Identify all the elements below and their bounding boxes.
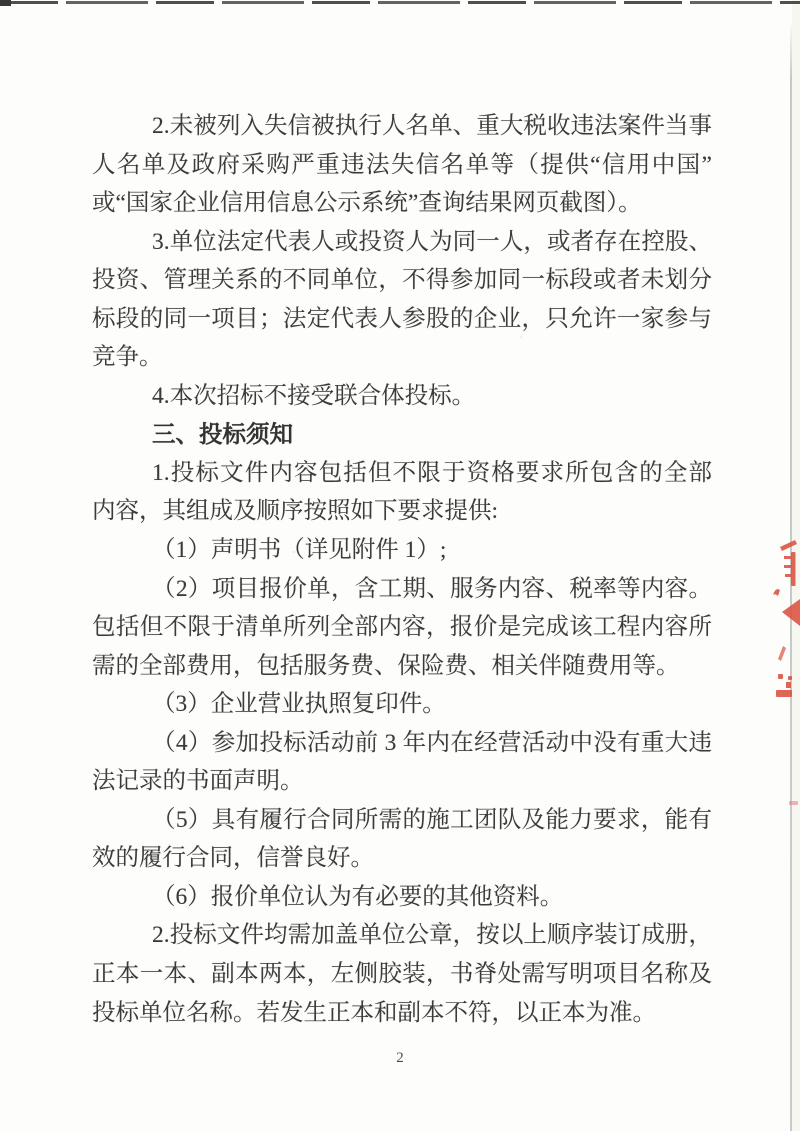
text-line: （2）项目报价单，含工期、服务内容、税率等内容。 [92,570,712,609]
text-line: 4.本次招标不接受联合体投标。 [92,377,712,416]
text-line: 1.投标文件内容包括但不限于资格要求所包含的全部 [92,454,712,493]
red-seal-fragment-icon [760,532,800,712]
text-line: （6）报价单位认为有必要的其他资料。 [92,878,712,917]
text-line: （3）企业营业执照复印件。 [92,685,712,724]
text-line: 3.单位法定代表人或投资人为同一人，或者存在控股、 [92,223,712,262]
text-line: 正本一本、副本两本，左侧胶装，书脊处需写明项目名称及 [92,955,712,994]
red-mark-small [789,801,798,805]
text-line: （5）具有履行合同所需的施工团队及能力要求，能有 [92,801,712,840]
text-line: 投标单位名称。若发生正本和副本不符，以正本为准。 [92,994,712,1033]
text-line: （1）声明书（详见附件 1）; [92,531,712,570]
text-line: 内容，其组成及顺序按照如下要求提供: [92,492,712,531]
text-line: 标段的同一项目；法定代表人参股的企业，只允许一家参与 [92,300,712,339]
page-number: 2 [0,1050,800,1067]
text-line: 2.投标文件均需加盖单位公章，按以上顺序装订成册， [92,916,712,955]
text-line: 人名单及政府采购严重违法失信名单等（提供“信用中国” [92,146,712,185]
text-line: 三、投标须知 [92,415,712,454]
scan-artifact-top-edge [0,1,800,4]
text-line: 2.未被列入失信被执行人名单、重大税收违法案件当事 [92,107,712,146]
text-line: （4）参加投标活动前 3 年内在经营活动中没有重大违 [92,724,712,763]
document-body: 2.未被列入失信被执行人名单、重大税收违法案件当事人名单及政府采购严重违法失信名… [92,107,712,1032]
text-line: 竞争。 [92,338,712,377]
text-line: 或“国家企业信用信息公示系统”查询结果网页截图）。 [92,184,712,223]
text-line: 投资、管理关系的不同单位，不得参加同一标段或者未划分 [92,261,712,300]
text-line: 包括但不限于清单所列全部内容，报价是完成该工程内容所 [92,608,712,647]
text-line: 效的履行合同，信誉良好。 [92,839,712,878]
text-line: 需的全部费用，包括服务费、保险费、相关伴随费用等。 [92,647,712,686]
text-line: 法记录的书面声明。 [92,762,712,801]
document-page: 2.未被列入失信被执行人名单、重大税收违法案件当事人名单及政府采购严重违法失信名… [0,0,800,1131]
